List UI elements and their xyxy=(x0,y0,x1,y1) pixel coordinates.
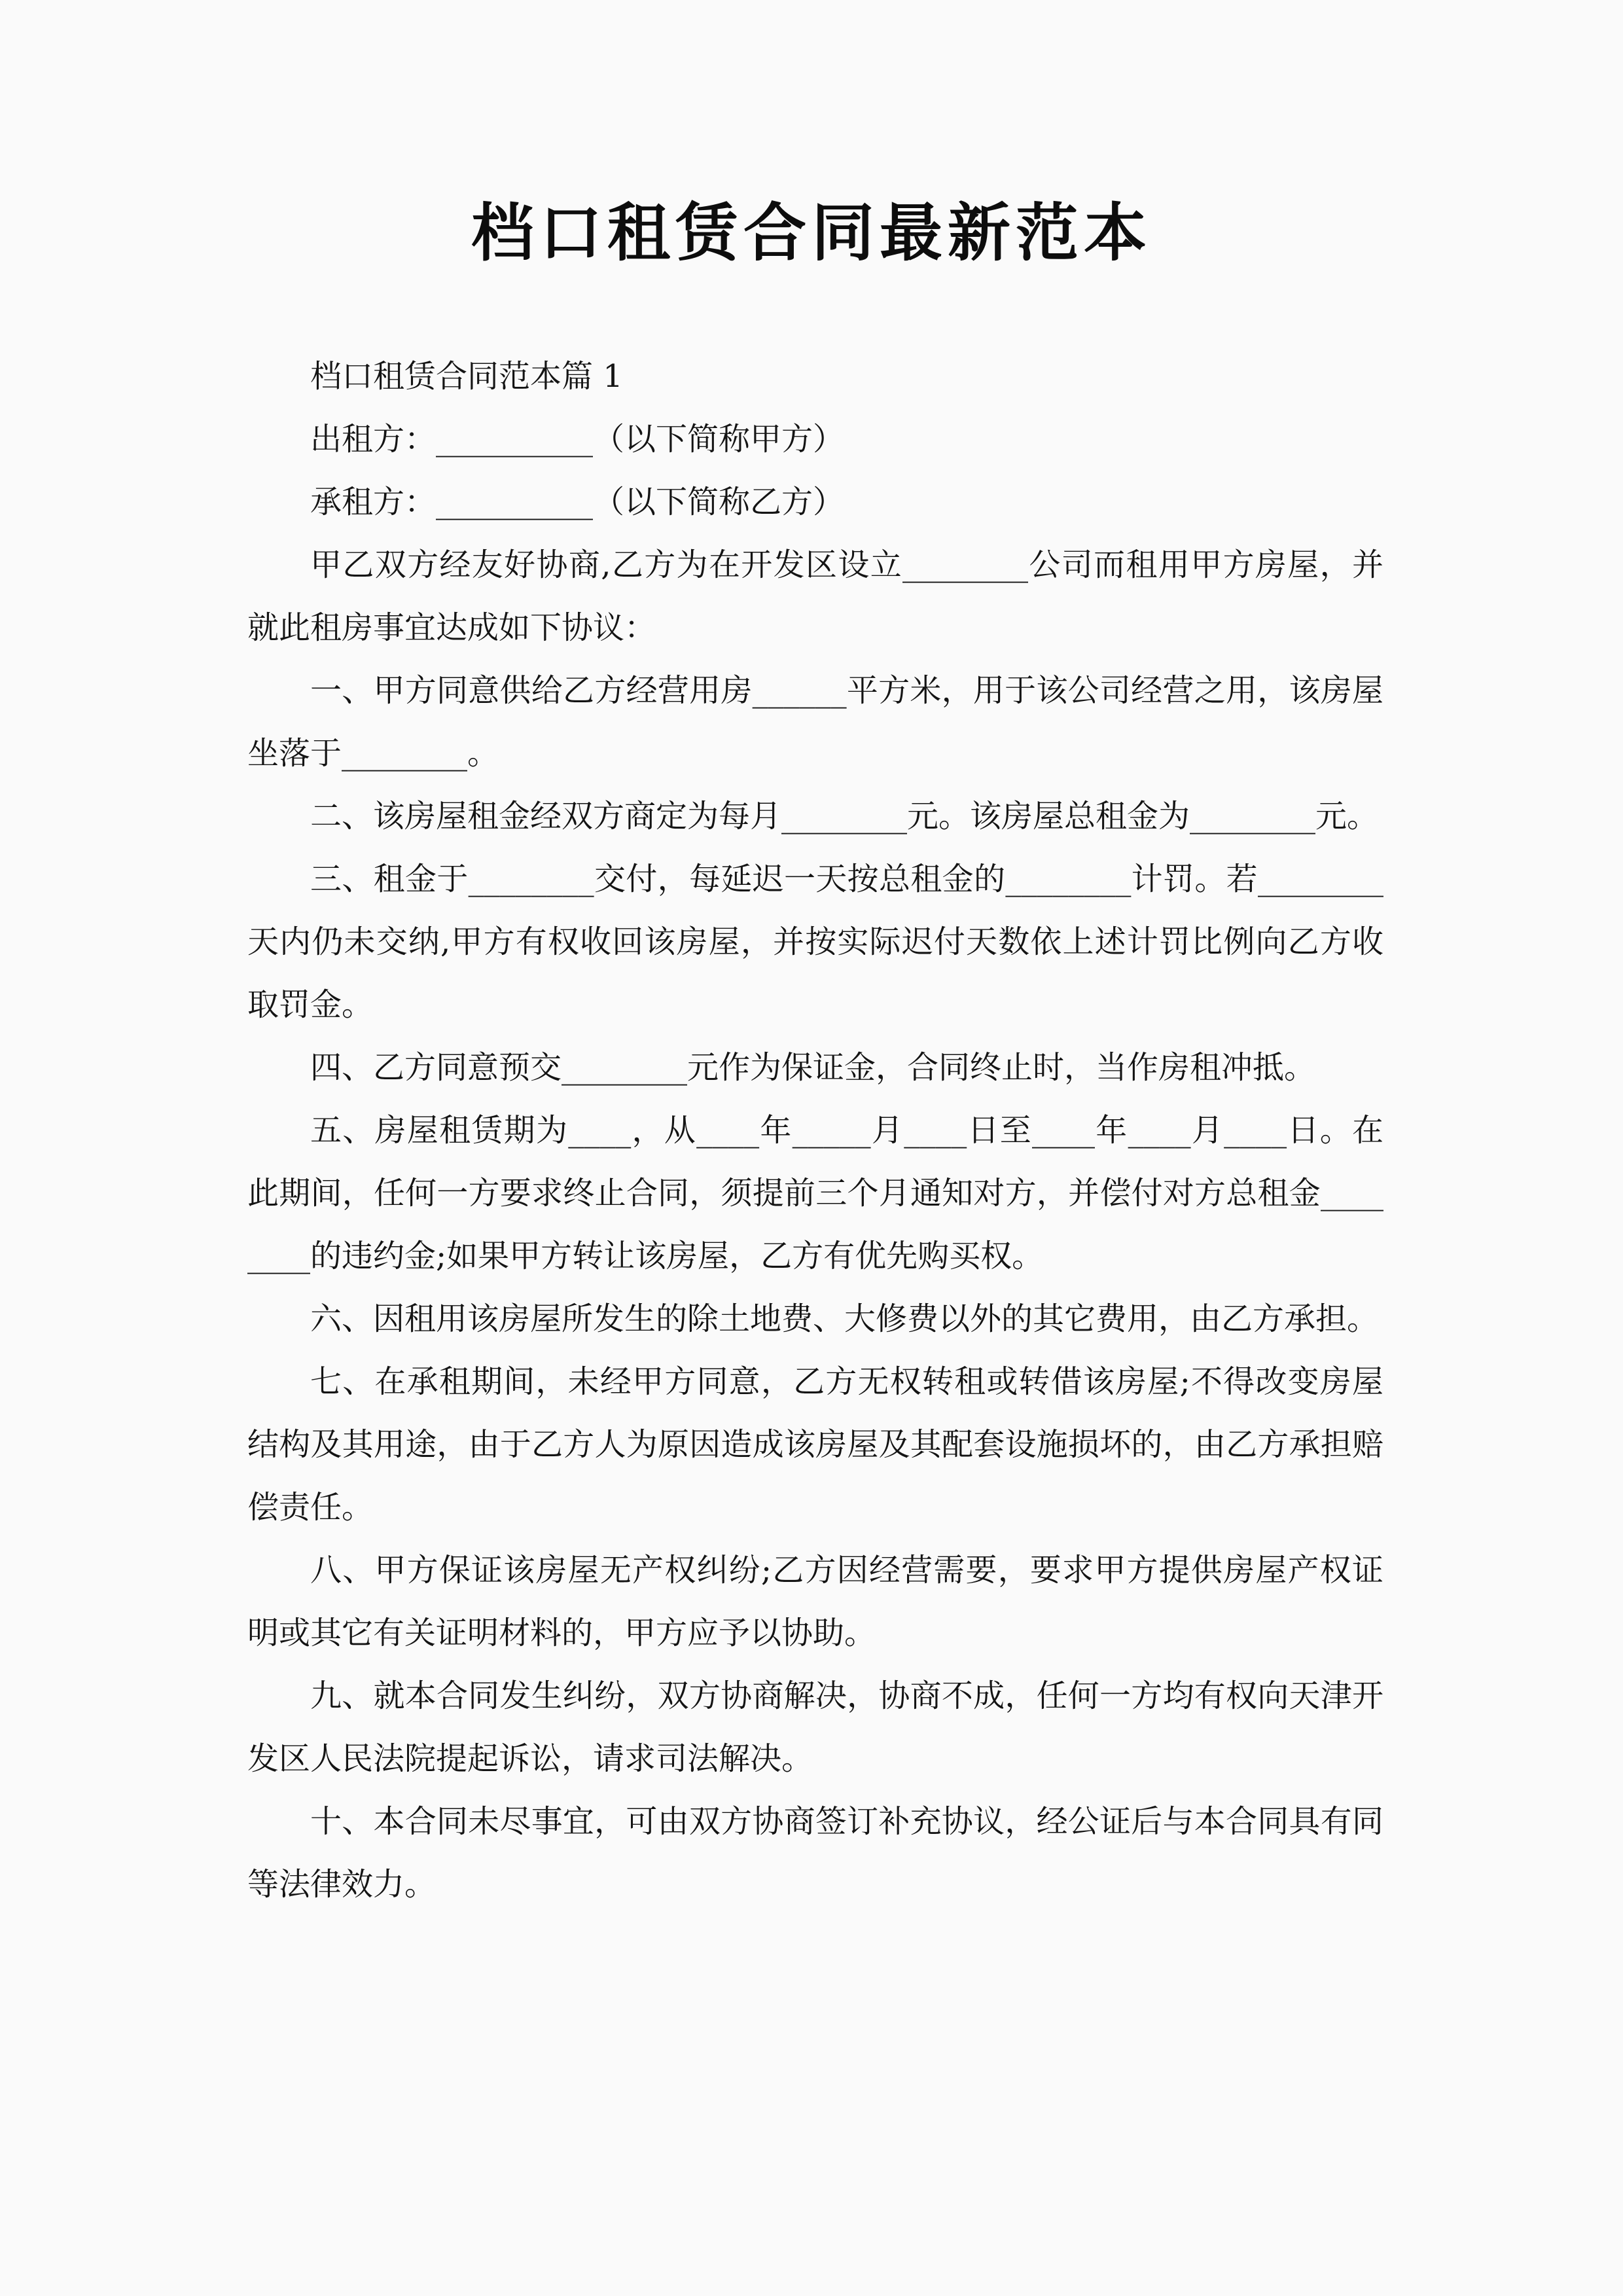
clause-3: 三、租金于________交付，每延迟一天按总租金的________计罚。若__… xyxy=(247,848,1383,1036)
clause-1: 一、甲方同意供给乙方经营用房______平方米，用于该公司经营之用，该房屋坐落于… xyxy=(247,659,1383,785)
clause-8: 八、甲方保证该房屋无产权纠纷;乙方因经营需要，要求甲方提供房屋产权证明或其它有关… xyxy=(247,1539,1383,1664)
clause-10: 十、本合同未尽事宜，可由双方协商签订补充协议，经公证后与本合同具有同等法律效力。 xyxy=(247,1790,1383,1916)
preamble-paragraph: 甲乙双方经友好协商,乙方为在开发区设立________公司而租用甲方房屋，并就此… xyxy=(247,533,1383,659)
clause-4: 四、乙方同意预交________元作为保证金，合同终止时，当作房租冲抵。 xyxy=(247,1036,1383,1099)
document-title: 档口租赁合同最新范本 xyxy=(0,0,1623,270)
section-heading: 档口租赁合同范本篇 1 xyxy=(247,345,1383,408)
clause-7: 七、在承租期间，未经甲方同意，乙方无权转租或转借该房屋;不得改变房屋结构及其用途… xyxy=(247,1350,1383,1539)
document-body: 档口租赁合同范本篇 1 出租方：__________（以下简称甲方） 承租方：_… xyxy=(247,345,1383,1916)
clause-9: 九、就本合同发生纠纷，双方协商解决，协商不成，任何一方均有权向天津开发区人民法院… xyxy=(247,1664,1383,1790)
document-page: 档口租赁合同最新范本 档口租赁合同范本篇 1 出租方：__________（以下… xyxy=(0,0,1623,2296)
lessor-line: 出租方：__________（以下简称甲方） xyxy=(247,408,1383,471)
lessee-line: 承租方：__________（以下简称乙方） xyxy=(247,471,1383,533)
clause-5: 五、房屋租赁期为____，从____年_____月____日至____年____… xyxy=(247,1099,1383,1287)
clause-6: 六、因租用该房屋所发生的除土地费、大修费以外的其它费用，由乙方承担。 xyxy=(247,1287,1383,1350)
clause-2: 二、该房屋租金经双方商定为每月________元。该房屋总租金为________… xyxy=(247,785,1383,848)
